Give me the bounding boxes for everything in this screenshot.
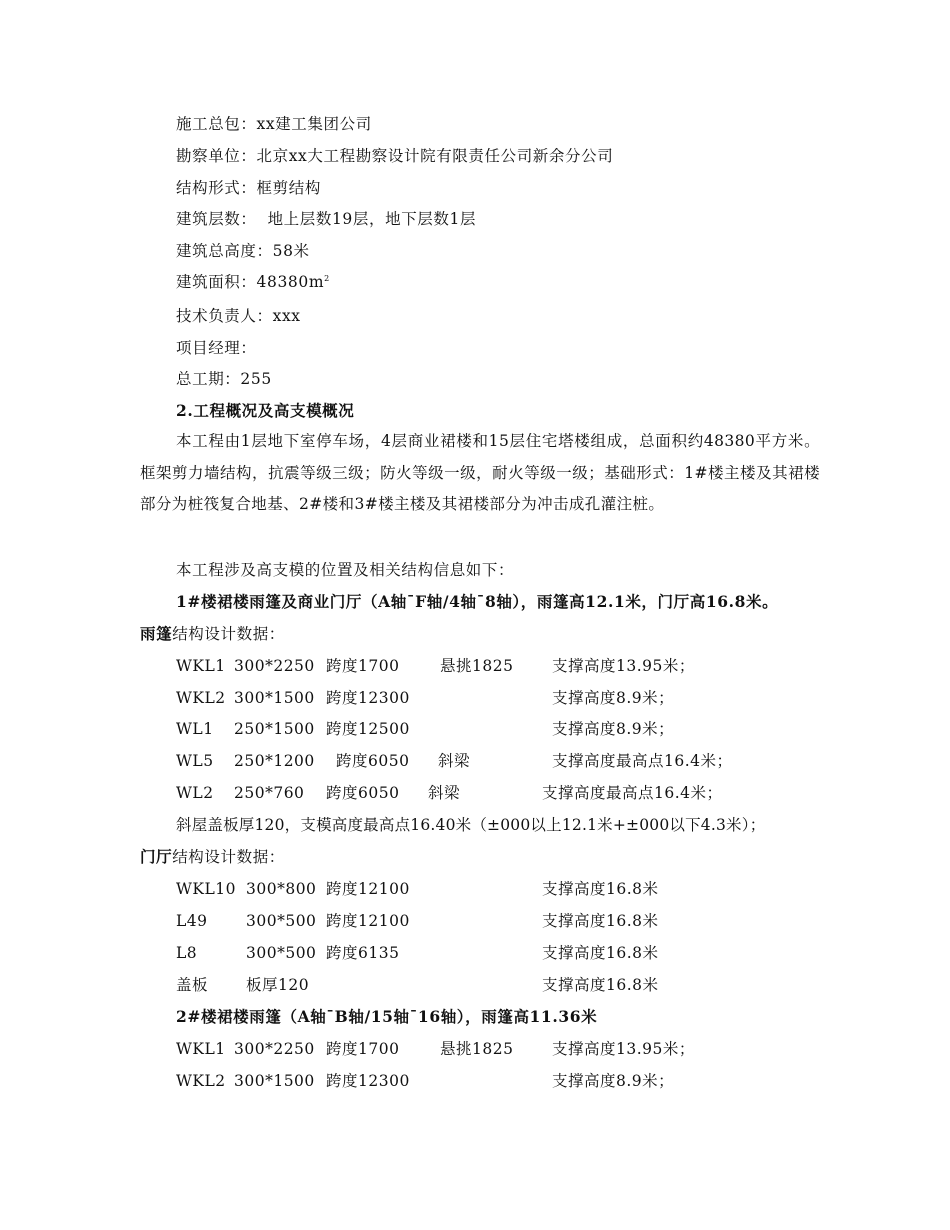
info-label: 项目经理： <box>176 339 257 357</box>
table-row: WKL2 300*1500 跨度12300 支撑高度8.9米； <box>176 1071 198 1091</box>
info-label: 建筑层数： <box>176 210 257 228</box>
support-height: 支撑高度16.8米 <box>542 943 659 963</box>
beam-span: 跨度1700 <box>326 1039 399 1059</box>
info-survey-unit: 勘察单位：北京xx大工程勘察设计院有限责任公司新余分公司 <box>176 146 613 166</box>
beam-name: WKL1 <box>176 1039 226 1059</box>
beam-span: 跨度12300 <box>326 1071 410 1091</box>
table-row: WKL2 300*1500 跨度12300 支撑高度8.9米； <box>176 688 198 708</box>
support-height: 支撑高度8.9米； <box>552 1071 674 1091</box>
canopy-label-bold: 雨篷 <box>140 624 172 643</box>
table-row: WL1 250*1500 跨度12500 支撑高度8.9米； <box>176 719 198 739</box>
info-value: 框剪结构 <box>257 179 321 197</box>
beam-size: 300*500 <box>246 943 316 963</box>
support-height: 支撑高度16.8米 <box>542 975 659 995</box>
table-row: 盖板 板厚120 支撑高度16.8米 <box>176 975 198 995</box>
support-height: 支撑高度13.95米； <box>552 1039 695 1059</box>
beam-span: 跨度12300 <box>326 688 410 708</box>
info-building-area: 建筑面积：48380m2 <box>176 272 330 292</box>
info-value: xx建工集团公司 <box>257 115 372 133</box>
info-label: 总工期： <box>176 370 240 388</box>
support-height: 支撑高度8.9米； <box>552 688 674 708</box>
info-value: 48380m <box>257 273 325 291</box>
table-row: L49 300*500 跨度12100 支撑高度16.8米 <box>176 911 198 931</box>
beam-size: 250*1500 <box>234 719 315 739</box>
beam-name: L49 <box>176 911 208 931</box>
support-height: 支撑高度最高点16.4米； <box>542 783 723 803</box>
canopy-label-rest: 结构设计数据： <box>172 625 285 643</box>
beam-size: 250*1200 <box>234 751 315 771</box>
beam-name: WKL2 <box>176 1071 226 1091</box>
beam-name: WKL2 <box>176 688 226 708</box>
table-row: WL2 250*760 跨度6050 斜梁 支撑高度最高点16.4米； <box>176 783 198 803</box>
lobby-label-rest: 结构设计数据： <box>172 848 285 866</box>
info-value: 北京xx大工程勘察设计院有限责任公司新余分公司 <box>257 147 614 165</box>
beam-span: 跨度12100 <box>326 879 410 899</box>
info-label: 施工总包： <box>176 115 257 133</box>
lobby-data-label: 门厅结构设计数据： <box>140 847 285 867</box>
support-height: 支撑高度16.8米 <box>542 879 659 899</box>
overview-paragraph: 本工程由1层地下室停车场，4层商业裙楼和15层住宅塔楼组成，总面积约48380平… <box>140 426 820 521</box>
beam-name: WL1 <box>176 719 214 739</box>
info-value: 255 <box>240 370 271 388</box>
table-row: WL5 250*1200 跨度6050 斜梁 支撑高度最高点16.4米； <box>176 751 198 771</box>
info-value: 地上层数19层，地下层数1层 <box>257 210 477 228</box>
beam-span: 跨度6050 <box>336 751 409 771</box>
info-structure-type: 结构形式：框剪结构 <box>176 178 321 198</box>
info-value: 58米 <box>273 242 310 260</box>
support-height: 支撑高度13.95米； <box>552 656 695 676</box>
info-label: 建筑总高度： <box>176 242 273 260</box>
beam-note: 悬挑1825 <box>440 1039 513 1059</box>
building1-heading: 1#楼裙楼雨篷及商业门厅（A轴¯F轴/4轴¯8轴），雨篷高12.1米，门厅高16… <box>176 592 778 612</box>
table-row: WKL1 300*2250 跨度1700 悬挑1825 支撑高度13.95米； <box>176 1039 198 1059</box>
beam-span: 跨度6135 <box>326 943 399 963</box>
table-row: WKL1 300*2250 跨度1700 悬挑1825 支撑高度13.95米； <box>176 656 198 676</box>
beam-name: L8 <box>176 943 197 963</box>
beam-size: 板厚120 <box>246 975 309 995</box>
beam-size: 300*2250 <box>234 656 315 676</box>
info-label: 技术负责人： <box>176 307 273 325</box>
document-page: 施工总包：xx建工集团公司 勘察单位：北京xx大工程勘察设计院有限责任公司新余分… <box>0 0 950 1230</box>
beam-note: 悬挑1825 <box>440 656 513 676</box>
beam-name: WL2 <box>176 783 214 803</box>
table-row: L8 300*500 跨度6135 支撑高度16.8米 <box>176 943 198 963</box>
table-row: WKL10 300*800 跨度12100 支撑高度16.8米 <box>176 879 198 899</box>
info-label: 勘察单位： <box>176 147 257 165</box>
roof-slab-note: 斜屋盖板厚120，支模高度最高点16.40米（±000以上12.1米+±000以… <box>176 815 765 835</box>
canopy-data-label: 雨篷结构设计数据： <box>140 624 285 644</box>
beam-note: 斜梁 <box>438 751 470 771</box>
info-label: 结构形式： <box>176 179 257 197</box>
beam-size: 300*1500 <box>234 1071 315 1091</box>
info-floors: 建筑层数： 地上层数19层，地下层数1层 <box>176 209 476 229</box>
info-total-duration: 总工期：255 <box>176 369 272 389</box>
beam-span: 跨度12500 <box>326 719 410 739</box>
support-height: 支撑高度16.8米 <box>542 911 659 931</box>
info-value: xxx <box>273 307 301 325</box>
beam-span: 跨度6050 <box>326 783 399 803</box>
beam-size: 300*500 <box>246 911 316 931</box>
beam-name: WKL1 <box>176 656 226 676</box>
beam-span: 跨度1700 <box>326 656 399 676</box>
superscript: 2 <box>324 274 330 283</box>
info-technical-lead: 技术负责人：xxx <box>176 306 301 326</box>
beam-size: 300*800 <box>246 879 316 899</box>
lobby-label-bold: 门厅 <box>140 847 172 866</box>
formwork-intro: 本工程涉及高支模的位置及相关结构信息如下： <box>176 560 514 580</box>
support-height: 支撑高度8.9米； <box>552 719 674 739</box>
beam-size: 250*760 <box>234 783 304 803</box>
beam-name: WL5 <box>176 751 214 771</box>
beam-size: 300*1500 <box>234 688 315 708</box>
section-heading: 2.工程概况及高支模概况 <box>176 401 354 421</box>
info-total-height: 建筑总高度：58米 <box>176 241 310 261</box>
beam-size: 300*2250 <box>234 1039 315 1059</box>
beam-span: 跨度12100 <box>326 911 410 931</box>
building2-heading: 2#楼裙楼雨篷（A轴¯B轴/15轴¯16轴），雨篷高11.36米 <box>176 1007 597 1027</box>
info-label: 建筑面积： <box>176 273 257 291</box>
beam-note: 斜梁 <box>428 783 460 803</box>
support-height: 支撑高度最高点16.4米； <box>552 751 733 771</box>
info-project-manager: 项目经理： <box>176 338 257 358</box>
info-general-contractor: 施工总包：xx建工集团公司 <box>176 114 372 134</box>
beam-name: WKL10 <box>176 879 236 899</box>
beam-name: 盖板 <box>176 975 208 995</box>
